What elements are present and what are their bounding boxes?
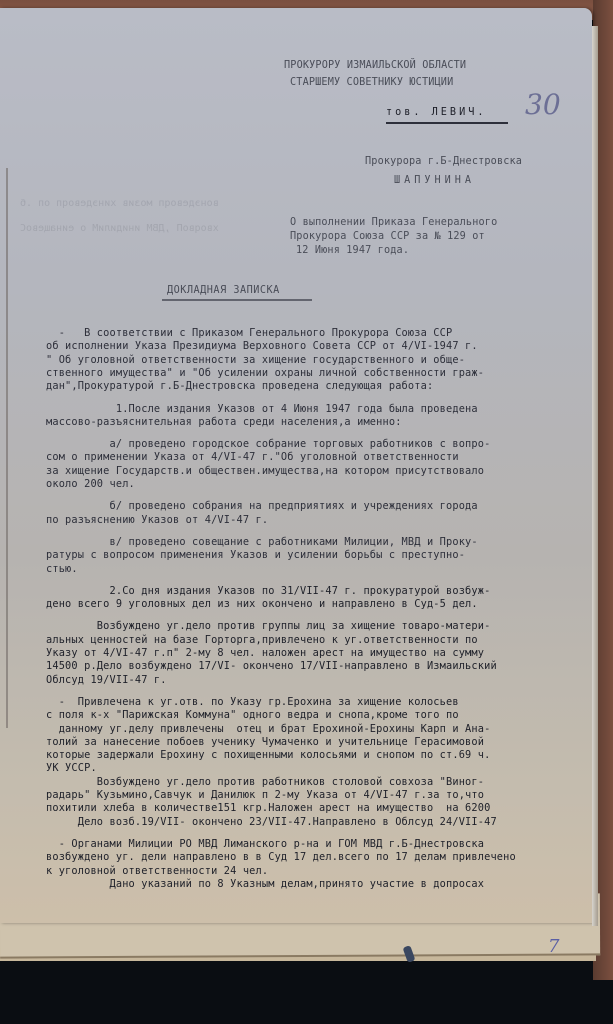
body-line: сом о применении Указа от 4/VI-47 г."Об …	[46, 451, 459, 464]
body-line: Возбуждено уг.дело против работников сто…	[46, 776, 484, 789]
handwritten-page-number: 30	[525, 88, 561, 121]
body-line: в/ проведено совещание с работниками Мил…	[46, 536, 478, 549]
body-line: Облсуд 19/VII-47 г.	[46, 674, 167, 687]
title-underline	[162, 299, 312, 301]
body-line: ственного имущества" и "Об усилении охра…	[46, 367, 484, 380]
body-line: к уголовной ответственности 24 чел.	[46, 865, 268, 878]
page-margin-shadow	[6, 168, 8, 728]
subject-line-3: 12 Июня 1947 года.	[296, 244, 409, 257]
body-line: возбуждено уг. дели направлено в в Суд 1…	[46, 851, 516, 864]
sender-line: Прокурора г.Б-Днестровска	[365, 155, 522, 168]
bleed-through-text: хвоqвоП ,ДВМ инидилиМ о еинащевоС	[20, 223, 219, 234]
body-line: которые задержали Ерохину с похищенными …	[46, 749, 490, 762]
body-line: 2.Со дня издания Указов по 31/VII-47 г. …	[46, 585, 490, 598]
body-line: радарь" Кузьмино,Савчук и Данилюк п 2-му…	[46, 789, 484, 802]
body-line: 1.После издания Указов от 4 Июня 1947 го…	[46, 403, 478, 416]
page-edge	[592, 26, 598, 926]
document-title: ДОКЛАДНАЯ ЗАПИСКА	[167, 284, 280, 297]
sender-name: ШАПУНИНА	[394, 174, 475, 187]
body-line: данному уг.делу привлечены отец и брат Е…	[46, 723, 490, 736]
body-line: за хищение Государств.и обществен.имущес…	[46, 465, 484, 478]
addressee-underline	[386, 122, 508, 124]
body-line: массово-разъяснительная работа среди нас…	[46, 416, 402, 429]
body-line: с поля к-х "Парижская Коммуна" одного ве…	[46, 709, 459, 722]
body-line: Указу от 4/VI-47 г.п" 2-му 8 чел. наложе…	[46, 647, 484, 660]
addressee-name: тов. ЛЕВИЧ.	[386, 106, 486, 119]
body-line: Дело возб.19/VII- окончено 23/VII-47.Нап…	[46, 816, 497, 829]
body-line: около 200 чел.	[46, 478, 135, 491]
body-line: похитили хлеба в количестве151 кгр.Налож…	[46, 802, 490, 815]
body-line: а/ проведено городское собрание торговых…	[46, 438, 490, 451]
body-line: - В соответствии с Приказом Генерального…	[46, 327, 452, 340]
body-line: УК УССР.	[46, 762, 97, 775]
body-line: б/ проведено собрания на предприятиях и …	[46, 500, 478, 513]
handwritten-mark: 7	[548, 936, 559, 957]
body-line: дан",Прокуратурой г.Б-Днестровска провед…	[46, 380, 433, 393]
body-line: об исполнении Указа Президиума Верховног…	[46, 340, 478, 353]
body-line: - Органами Милиции РО МВД Лиманского р-н…	[46, 838, 484, 851]
subject-line-2: Прокурора Союза ССР за № 129 от	[290, 230, 485, 243]
body-line: " Об уголовной ответственности за хищени…	[46, 354, 465, 367]
body-line: альных ценностей на базе Горторга,привле…	[46, 634, 478, 647]
addressee-line-1: ПРОКУРОРУ ИЗМАИЛЬСКОЙ ОБЛАСТИ	[284, 59, 466, 72]
subject-line-1: О выполнении Приказа Генерального	[290, 216, 497, 229]
body-line: дено всего 9 уголовных дел из них оконче…	[46, 598, 478, 611]
body-line: толий за нанесение побоев ученику Чумаче…	[46, 736, 484, 749]
body-line: Возбуждено уг.дело против группы лиц за …	[46, 620, 490, 633]
typewritten-page: вонэдевоqп мозив хинэдевоqп оп .б хвоqво…	[0, 8, 592, 923]
body-line: по разъяснению Указов от 4/VI-47 г.	[46, 514, 268, 527]
body-line: - Привлечена к уг.отв. по Указу гр.Ерохи…	[46, 696, 459, 709]
addressee-line-2: СТАРШЕМУ СОВЕТНИКУ ЮСТИЦИИ	[290, 76, 453, 89]
bleed-through-text: вонэдевоqп мозив хинэдевоqп оп .б	[20, 198, 219, 209]
body-line: 14500 р.Дело возбуждено 17/VI- окончено …	[46, 660, 497, 673]
body-line: ратуры с вопросом применения Указов и ус…	[46, 549, 465, 562]
body-line: стью.	[46, 563, 78, 576]
body-line: Дано указаний по 8 Указным делам,принято…	[46, 878, 484, 891]
